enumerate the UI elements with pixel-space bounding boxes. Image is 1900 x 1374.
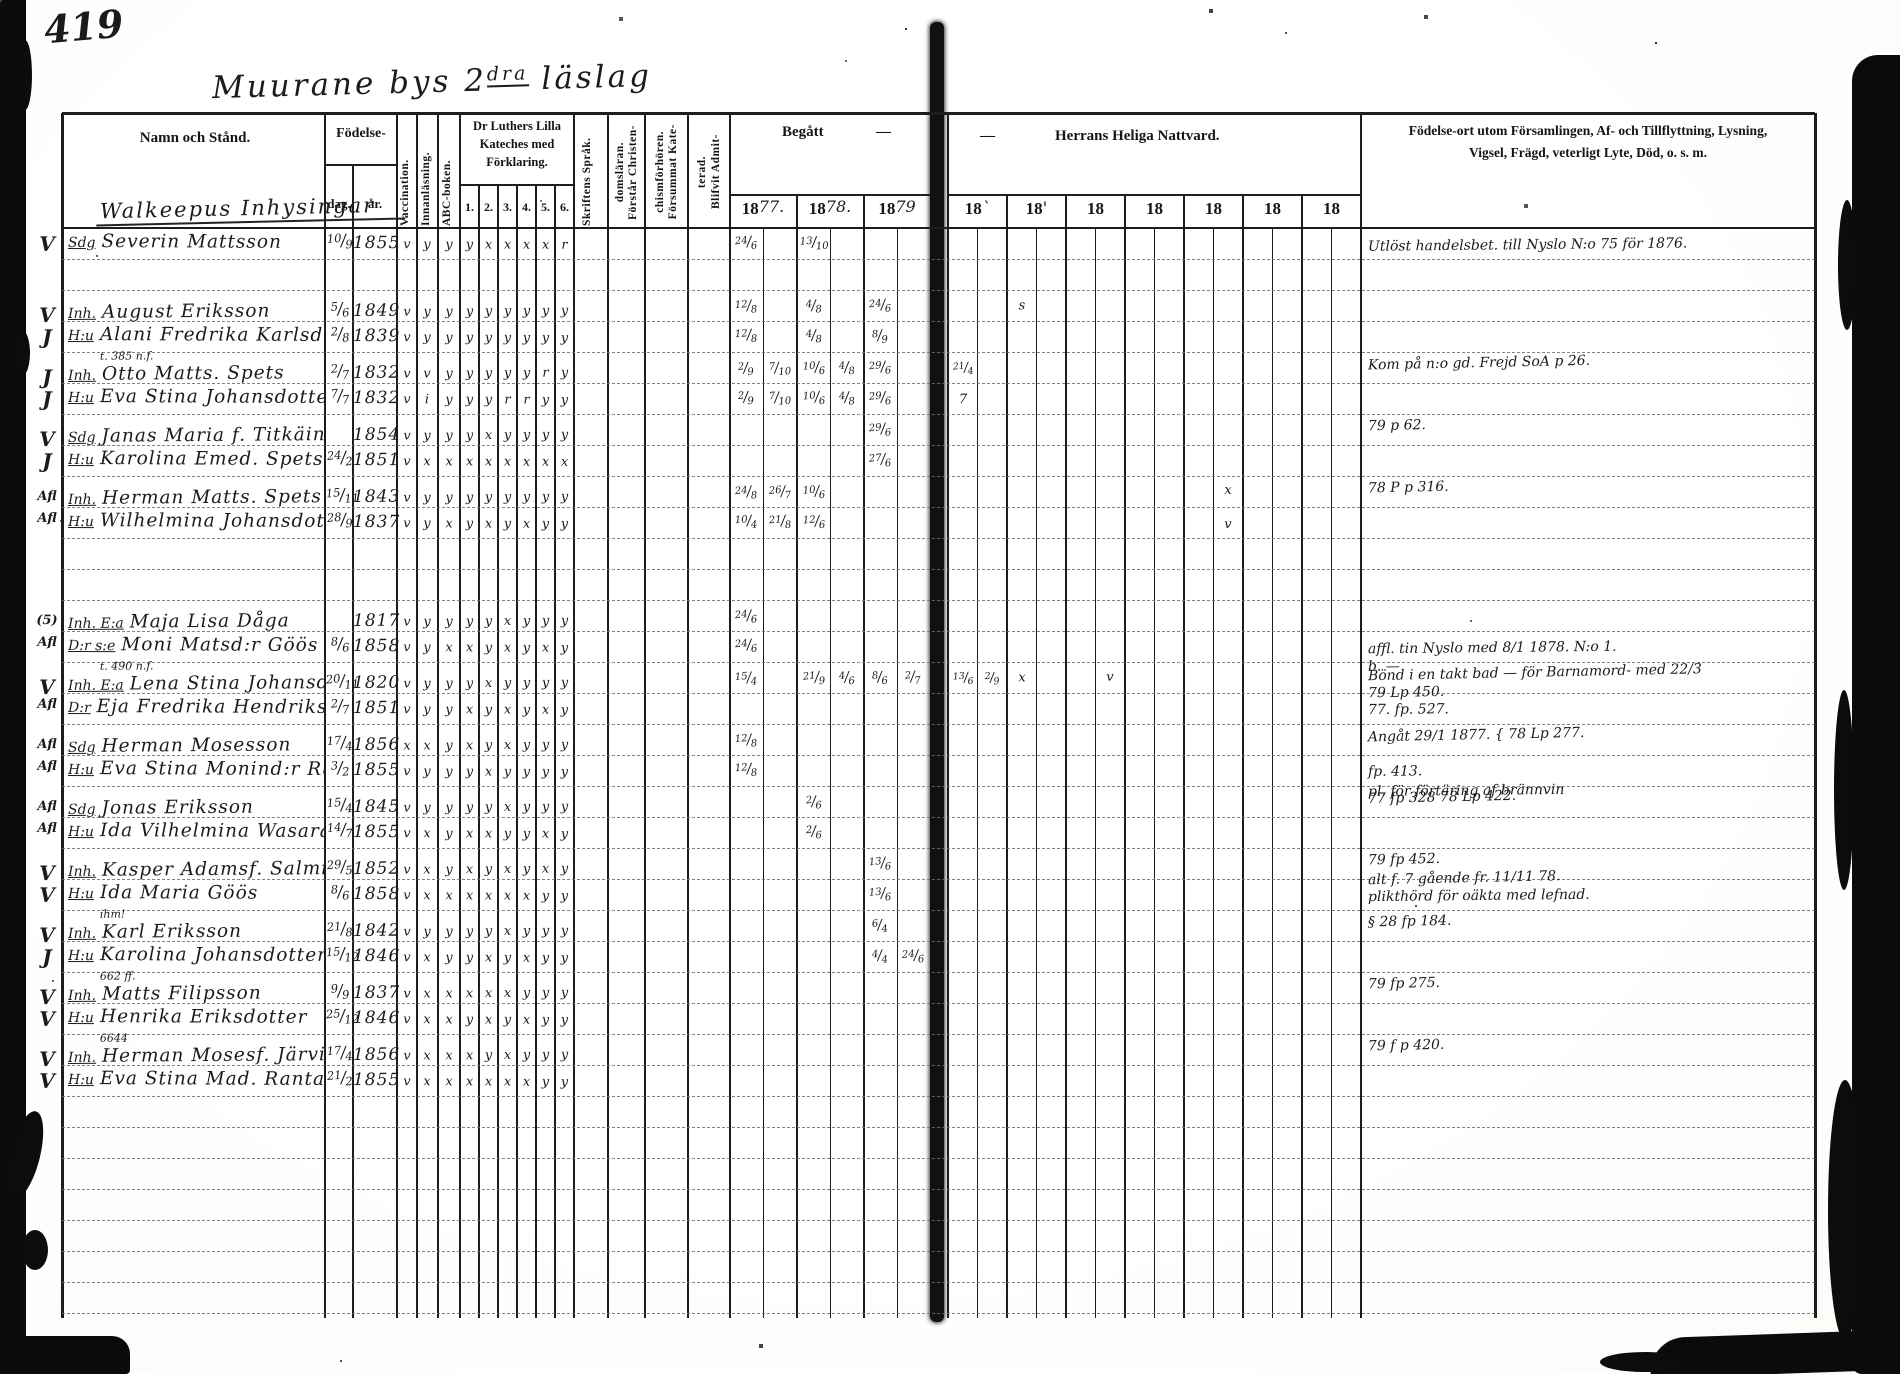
scan-blotch — [1834, 690, 1854, 890]
note-line: 79 fp 275. — [1368, 974, 1440, 995]
birth-year: 1820 — [353, 673, 399, 693]
reading-mark: x — [419, 888, 435, 903]
communion-date: 7∕10 — [764, 359, 796, 377]
year-handwritten: 79 — [895, 197, 915, 216]
reading-mark: y — [441, 366, 457, 381]
reading-mark: y — [419, 516, 435, 531]
communion-date: 7∕10 — [764, 388, 796, 406]
reading-mark: r — [537, 366, 553, 381]
reading-mark: v — [399, 454, 415, 469]
reading-mark: y — [480, 800, 496, 815]
note-line: plikthörd för oäkta med lefnad. — [1368, 886, 1590, 907]
table-row: AflH:uWilhelmina Johansdotter28∕91837vyx… — [30, 509, 1815, 545]
row-name-prefix: Inh. — [68, 988, 96, 1004]
page-title-sup: dra — [486, 62, 528, 87]
row-margin-mark: Afl — [30, 799, 64, 814]
row-name-text: Eva Stina Johansdotter — [100, 386, 324, 408]
communion-date: 7 — [949, 390, 977, 408]
row-name-text: Moni Matsd:r Göös — [121, 634, 318, 656]
reading-mark: y — [556, 331, 572, 346]
row-sup-note: t. 490 n.f. — [100, 659, 154, 672]
reading-mark: x — [480, 1012, 496, 1027]
year-handwritten: 77. — [759, 197, 784, 216]
row-name-text: Jonas Eriksson — [101, 797, 254, 819]
row-name-text: Herman Matts. Spets — [102, 486, 322, 509]
reading-mark: y — [556, 303, 572, 318]
row-name: H:uAlani Fredrika Karlsdotter — [68, 324, 324, 346]
reading-mark: y — [537, 986, 553, 1001]
reading-mark: v — [399, 367, 415, 382]
row-name: SdgJonas Eriksson — [68, 796, 324, 819]
grid-line-h — [730, 194, 930, 196]
birth-year: 1832 — [353, 363, 399, 383]
birth-year: 1855 — [353, 822, 399, 842]
column-header-fodelse: Födelse- — [325, 126, 397, 142]
reading-mark: x — [499, 738, 515, 753]
birth-day: 3∕2 — [326, 758, 354, 778]
row-rule-line — [62, 1313, 1815, 1314]
reading-mark: y — [441, 237, 457, 252]
reading-mark: x — [419, 826, 435, 841]
blifvit-line: Blifvit Admit- — [710, 134, 722, 209]
reading-mark: i — [419, 392, 435, 407]
scan-blotch — [22, 1230, 48, 1270]
reading-mark: y — [556, 985, 572, 1000]
communion-date: 2∕6 — [798, 793, 830, 811]
row-name-prefix: H:u — [68, 824, 94, 840]
kateches-col-3: 3. — [498, 200, 517, 215]
reading-mark: y — [441, 800, 457, 815]
row-name-prefix: Inh. — [68, 864, 96, 880]
reading-mark: x — [518, 889, 534, 904]
reading-mark: y — [537, 889, 553, 904]
communion-date: 12∕8 — [730, 297, 762, 315]
reading-mark: x — [441, 516, 457, 531]
page-title-text: Muurane bys 2 — [212, 62, 488, 106]
reading-mark: y — [419, 702, 435, 717]
year-box: 18 — [1071, 199, 1121, 219]
year-printed-18: 18 — [1087, 199, 1104, 218]
row-name-text: Karolina Johansdotter — [100, 944, 324, 966]
annotation-header-line: Vigsel, Frägd, veterligt Lyte, Död, o. s… — [1368, 142, 1808, 164]
reading-mark: x — [480, 516, 496, 531]
row-name: Inh.Karl Eriksson — [68, 920, 324, 943]
reading-mark: y — [461, 490, 477, 505]
reading-mark: v — [399, 640, 415, 655]
reading-mark: y — [419, 490, 435, 505]
row-name-prefix: H:u — [68, 762, 94, 778]
reading-mark: v — [399, 677, 415, 692]
reading-mark: x — [480, 676, 496, 691]
reading-mark: x — [480, 428, 496, 443]
birth-day: 15∕4 — [326, 795, 354, 815]
kateches-col-2: 2. — [479, 200, 498, 215]
reading-mark: y — [537, 614, 553, 629]
birth-year: 1855 — [353, 760, 399, 780]
reading-mark: x — [480, 454, 496, 469]
row-name-text: Herman Mosesson — [101, 734, 291, 756]
birth-day: 5∕6 — [326, 299, 354, 319]
birth-year: 1839 — [353, 326, 399, 346]
communion-date: 21∕8 — [764, 512, 796, 530]
row-name: H:uIda Vilhelmina Wasara — [68, 820, 324, 842]
note-line: 78 P p 316. — [1368, 478, 1449, 499]
reading-mark: x — [480, 826, 496, 841]
communion-date: 4∕6 — [831, 668, 863, 686]
row-name-text: Wilhelmina Johansdotter — [100, 510, 324, 532]
reading-mark: y — [556, 1013, 572, 1028]
communion-date: 24∕8 — [730, 483, 762, 501]
note-line: Bönd i en takt bad — för Barnamord- med … — [1368, 660, 1702, 686]
reading-mark: y — [461, 614, 477, 629]
reading-mark: y — [518, 366, 534, 381]
forstar-line: domsläran. — [614, 142, 626, 202]
reading-mark: x — [399, 739, 415, 754]
forsummat-line: Försummat Kate- — [667, 124, 679, 219]
reading-mark: x — [419, 738, 435, 753]
reading-mark: v — [399, 305, 415, 320]
reading-mark: y — [556, 951, 572, 966]
scan-edge-bottom-left — [0, 1336, 130, 1374]
reading-mark: y — [419, 428, 435, 443]
birth-year: 1854 — [353, 425, 399, 445]
row-rule-line — [62, 1251, 1815, 1252]
row-margin-mark: Afl — [30, 821, 64, 836]
communion-date: 4∕8 — [831, 389, 863, 407]
row-margin-mark: (5) — [30, 613, 64, 628]
reading-mark: y — [537, 331, 553, 346]
communion-date: 21∕4 — [949, 359, 977, 377]
row-name-prefix: H:u — [68, 1072, 94, 1088]
table-row: VSdgSeverin Mattsson10∕91855vyyyxxxxr24∕… — [30, 230, 1815, 266]
reading-mark: y — [518, 304, 534, 319]
row-margin-mark: J — [30, 387, 64, 411]
reading-mark: y — [518, 641, 534, 656]
birth-year: 1855 — [353, 1070, 399, 1090]
scan-blotch — [18, 40, 32, 110]
note-line: Utlöst handelsbet. till Nyslo N:o 75 för… — [1368, 234, 1687, 256]
reading-mark: v — [399, 429, 415, 444]
reading-mark: y — [537, 765, 553, 780]
birth-day: 21∕2 — [326, 1068, 354, 1088]
reading-mark: x — [419, 862, 435, 877]
reading-mark: x — [419, 986, 435, 1001]
row-margin-mark: Afl — [30, 635, 64, 650]
reading-mark: x — [518, 238, 534, 253]
communion-date: x — [1214, 481, 1242, 499]
reading-mark: y — [461, 428, 477, 443]
grid-line-h — [460, 184, 574, 186]
communion-date: 21∕9 — [798, 669, 830, 687]
reading-mark: y — [556, 365, 572, 380]
reading-mark: y — [499, 366, 515, 381]
communion-date: s — [1008, 296, 1036, 314]
row-name-prefix: Inh. — [68, 368, 96, 384]
scanned-register-page: 419 Muurane bys 2dra läslag Namn och Stå… — [0, 0, 1900, 1374]
row-name-prefix: H:u — [68, 390, 94, 406]
row-name-text: Eva Stina Mad. Rantanen — [100, 1068, 324, 1090]
year-printed-18: 18 — [878, 199, 895, 218]
reading-mark: y — [499, 951, 515, 966]
communion-date: 8∕9 — [864, 327, 896, 345]
year-handwritten: ` — [982, 199, 991, 219]
row-margin-mark: V — [30, 1069, 64, 1093]
reading-mark: y — [499, 490, 515, 505]
birth-day: 20∕11 — [326, 671, 354, 691]
birth-year: 1832 — [353, 388, 399, 408]
year-box: 18 — [1130, 199, 1180, 219]
reading-mark: y — [518, 614, 534, 629]
communion-date: 12∕8 — [730, 760, 762, 778]
year-printed-18: 18 — [965, 199, 982, 218]
note-line: Kom på n:o gd. Frejd SoA p 26. — [1368, 352, 1590, 376]
reading-mark: y — [419, 676, 435, 691]
reading-mark: y — [480, 702, 496, 717]
reading-mark: v — [399, 491, 415, 506]
communion-date: 13∕6 — [949, 669, 977, 687]
birth-day: 29∕5 — [326, 857, 354, 877]
reading-mark: y — [441, 392, 457, 407]
reading-mark: v — [399, 330, 415, 345]
birth-year: 1856 — [353, 735, 399, 755]
row-name-text: Janas Maria f. Titkäin. — [101, 424, 324, 447]
grid-line-h — [948, 194, 1361, 196]
reading-mark: y — [556, 703, 572, 718]
communion-date: 12∕8 — [730, 731, 762, 749]
row-margin-mark: V — [30, 232, 64, 256]
birth-day: 2∕7 — [326, 361, 354, 381]
reading-mark: y — [499, 1013, 515, 1028]
reading-mark: y — [537, 738, 553, 753]
reading-mark: y — [518, 800, 534, 815]
communion-date: 6∕4 — [864, 916, 896, 934]
row-name: H:uEva Stina Monind:r Rantanen — [68, 758, 324, 780]
row-name: SdgSeverin Mattsson — [68, 231, 324, 253]
communion-date: 4∕8 — [798, 297, 830, 315]
column-header-forstar: Förstår Christen- domsläran. — [609, 118, 644, 226]
reading-mark: y — [537, 1013, 553, 1028]
communion-date: 8∕6 — [864, 668, 896, 686]
year-box: 1878. — [797, 199, 863, 219]
reading-mark: x — [518, 1075, 534, 1090]
birth-year: 1845 — [353, 797, 399, 817]
kateches-line: Kateches med — [460, 135, 574, 153]
page-number: 419 — [42, 1, 125, 53]
year-printed-18: 18 — [1264, 199, 1281, 218]
reading-mark: x — [537, 827, 553, 842]
reading-mark: y — [518, 1048, 534, 1063]
communion-date: v — [1214, 515, 1242, 533]
reading-mark: y — [419, 764, 435, 779]
year-box: 1879 — [864, 199, 930, 219]
reading-mark: y — [518, 490, 534, 505]
reading-mark: x — [537, 703, 553, 718]
row-name: H:uIda Maria Göös — [68, 882, 324, 904]
birth-year: 1843 — [353, 487, 399, 507]
row-name-prefix: H:u — [68, 514, 94, 530]
reading-mark: x — [499, 641, 515, 656]
communion-date: 4∕8 — [831, 358, 863, 376]
reading-mark: y — [480, 614, 496, 629]
reading-mark: x — [461, 986, 477, 1001]
birth-year: 1851 — [353, 450, 399, 470]
reading-mark: y — [518, 331, 534, 346]
communion-date: 29∕6 — [864, 420, 896, 438]
reading-mark: y — [537, 676, 553, 691]
reading-mark: y — [461, 330, 477, 345]
reading-mark: x — [461, 862, 477, 877]
page-title: Muurane bys 2dra läslag — [212, 58, 653, 106]
reading-mark: v — [399, 764, 415, 779]
birth-year: 1846 — [353, 946, 399, 966]
reading-mark: y — [537, 393, 553, 408]
reading-mark: x — [461, 1048, 477, 1063]
reading-mark: y — [419, 924, 435, 939]
reading-mark: y — [499, 517, 515, 532]
reading-mark: y — [518, 738, 534, 753]
reading-mark: x — [419, 1048, 435, 1063]
reading-mark: y — [556, 765, 572, 780]
row-name-prefix: H:u — [68, 452, 94, 468]
row-margin-mark: V — [30, 883, 64, 907]
communion-date: 2∕9 — [730, 388, 762, 406]
reading-mark: x — [499, 986, 515, 1001]
row-name-prefix: D:r s:e — [68, 638, 115, 654]
reading-mark: x — [480, 764, 496, 779]
reading-mark: x — [419, 454, 435, 469]
birth-day: 8∕6 — [326, 634, 354, 654]
kateches-col-1: 1. — [460, 200, 479, 215]
grid-line-h — [325, 164, 397, 166]
reading-mark: y — [419, 800, 435, 815]
section-heading: Walkeepus Inhysingar — [96, 192, 406, 226]
kateches-line: Dr Luthers Lilla — [460, 117, 574, 135]
row-name-prefix: H:u — [68, 328, 94, 344]
reading-mark: x — [537, 862, 553, 877]
reading-mark: x — [419, 1074, 435, 1089]
row-sup-note: 662 ff. — [100, 969, 136, 982]
row-sup-note: t. 385 n.f. — [100, 349, 154, 362]
row-name: D:rEja Fredrika Hendriksdotter — [68, 696, 324, 718]
reading-mark: y — [518, 676, 534, 691]
reading-mark: x — [518, 517, 534, 532]
column-header-abc-boken: ABC-boken. — [441, 118, 457, 226]
reading-mark: y — [461, 304, 477, 319]
birth-day: 7∕7 — [326, 386, 354, 406]
row-name: H:uHenrika Eriksdotter — [68, 1006, 324, 1028]
birth-year: 1856 — [353, 1045, 399, 1065]
reading-mark: y — [499, 765, 515, 780]
reading-mark: y — [518, 986, 534, 1001]
birth-day: 8∕6 — [326, 882, 354, 902]
row-name: Inh.August Eriksson — [68, 300, 324, 323]
birth-day: 9∕9 — [326, 981, 354, 1001]
row-name: D:r s:eMoni Matsd:r Göös — [68, 634, 324, 656]
reading-mark: x — [441, 1012, 457, 1027]
reading-mark: x — [499, 703, 515, 718]
row-margin-mark: V — [30, 1007, 64, 1031]
communion-date: x — [1008, 668, 1036, 686]
birth-year: 1837 — [353, 983, 399, 1003]
year-printed-18: 18 — [1205, 199, 1222, 218]
reading-mark: y — [461, 950, 477, 965]
reading-mark: y — [556, 641, 572, 656]
reading-mark: x — [461, 454, 477, 469]
year-printed-18: 18 — [1146, 199, 1163, 218]
row-rule-line — [62, 1189, 1815, 1190]
scan-noise — [0, 0, 2, 2]
row-name: Inh. E:aMaja Lisa Dåga — [68, 610, 324, 633]
row-rule-line — [62, 1220, 1815, 1221]
reading-mark: y — [480, 366, 496, 381]
reading-mark: x — [518, 1013, 534, 1028]
row-sup-note: ihm! — [100, 908, 126, 921]
row-name: SdgJanas Maria f. Titkäin. — [68, 424, 324, 447]
reading-mark: x — [556, 455, 572, 470]
reading-mark: x — [419, 1012, 435, 1027]
note-line: 77. fp. 527. — [1368, 700, 1449, 720]
begatt-dash: — — [876, 124, 891, 141]
note-line: 79 f p 420. — [1368, 1036, 1445, 1057]
reading-mark: y — [518, 765, 534, 780]
reading-mark: x — [499, 924, 515, 939]
communion-date: 2∕7 — [897, 668, 929, 686]
row-name-text: Severin Mattsson — [101, 231, 282, 253]
scan-edge-bottom-right — [1649, 1330, 1900, 1374]
reading-mark: y — [556, 799, 572, 814]
birth-year: 1817 — [353, 611, 399, 631]
row-name: H:uWilhelmina Johansdotter — [68, 510, 324, 532]
row-name-prefix: Inh. — [68, 926, 96, 942]
reading-mark: y — [419, 330, 435, 345]
reading-mark: v — [399, 1012, 415, 1027]
kateches-col-6: 6. — [555, 200, 574, 215]
reading-mark: x — [441, 454, 457, 469]
column-header-nattvard: Herrans Heliga Nattvard. — [1055, 128, 1220, 145]
reading-mark: y — [556, 1075, 572, 1090]
row-name-prefix: Sdg — [68, 235, 96, 251]
row-name-text: Herman Mosesf. Järvinen — [102, 1044, 324, 1067]
forstar-line: Förstår Christen- — [627, 125, 639, 220]
birth-day: 17∕4 — [326, 1043, 354, 1063]
row-rule-line — [62, 569, 1815, 570]
row-name-prefix: Sdg — [68, 740, 96, 756]
birth-day: 10∕9 — [326, 231, 354, 251]
year-box: 18 — [1189, 199, 1239, 219]
reading-mark: x — [480, 950, 496, 965]
reading-mark: x — [461, 888, 477, 903]
row-name: Inh. E:aLena Stina Johansdotter — [68, 672, 324, 695]
kateches-col-5: 5. — [536, 200, 555, 215]
reading-mark: y — [480, 640, 496, 655]
reading-mark: y — [556, 675, 572, 690]
row-margin-mark: Afl — [30, 759, 64, 774]
reading-mark: y — [518, 703, 534, 718]
communion-date: 15∕4 — [730, 669, 762, 687]
note-line: 79 fp 452. — [1368, 850, 1440, 871]
row-margin-mark: Afl — [30, 697, 64, 712]
year-printed-18: 18 — [742, 199, 759, 218]
reading-mark: y — [441, 304, 457, 319]
reading-mark: y — [441, 826, 457, 841]
reading-mark: v — [399, 888, 415, 903]
communion-date: 24∕6 — [730, 636, 762, 654]
year-printed-18: 18 — [1026, 199, 1043, 218]
communion-date: 13∕6 — [864, 885, 896, 903]
row-name-prefix: Sdg — [68, 802, 96, 818]
row-name-text: Maja Lisa Dåga — [130, 610, 290, 632]
reading-mark: y — [461, 516, 477, 531]
